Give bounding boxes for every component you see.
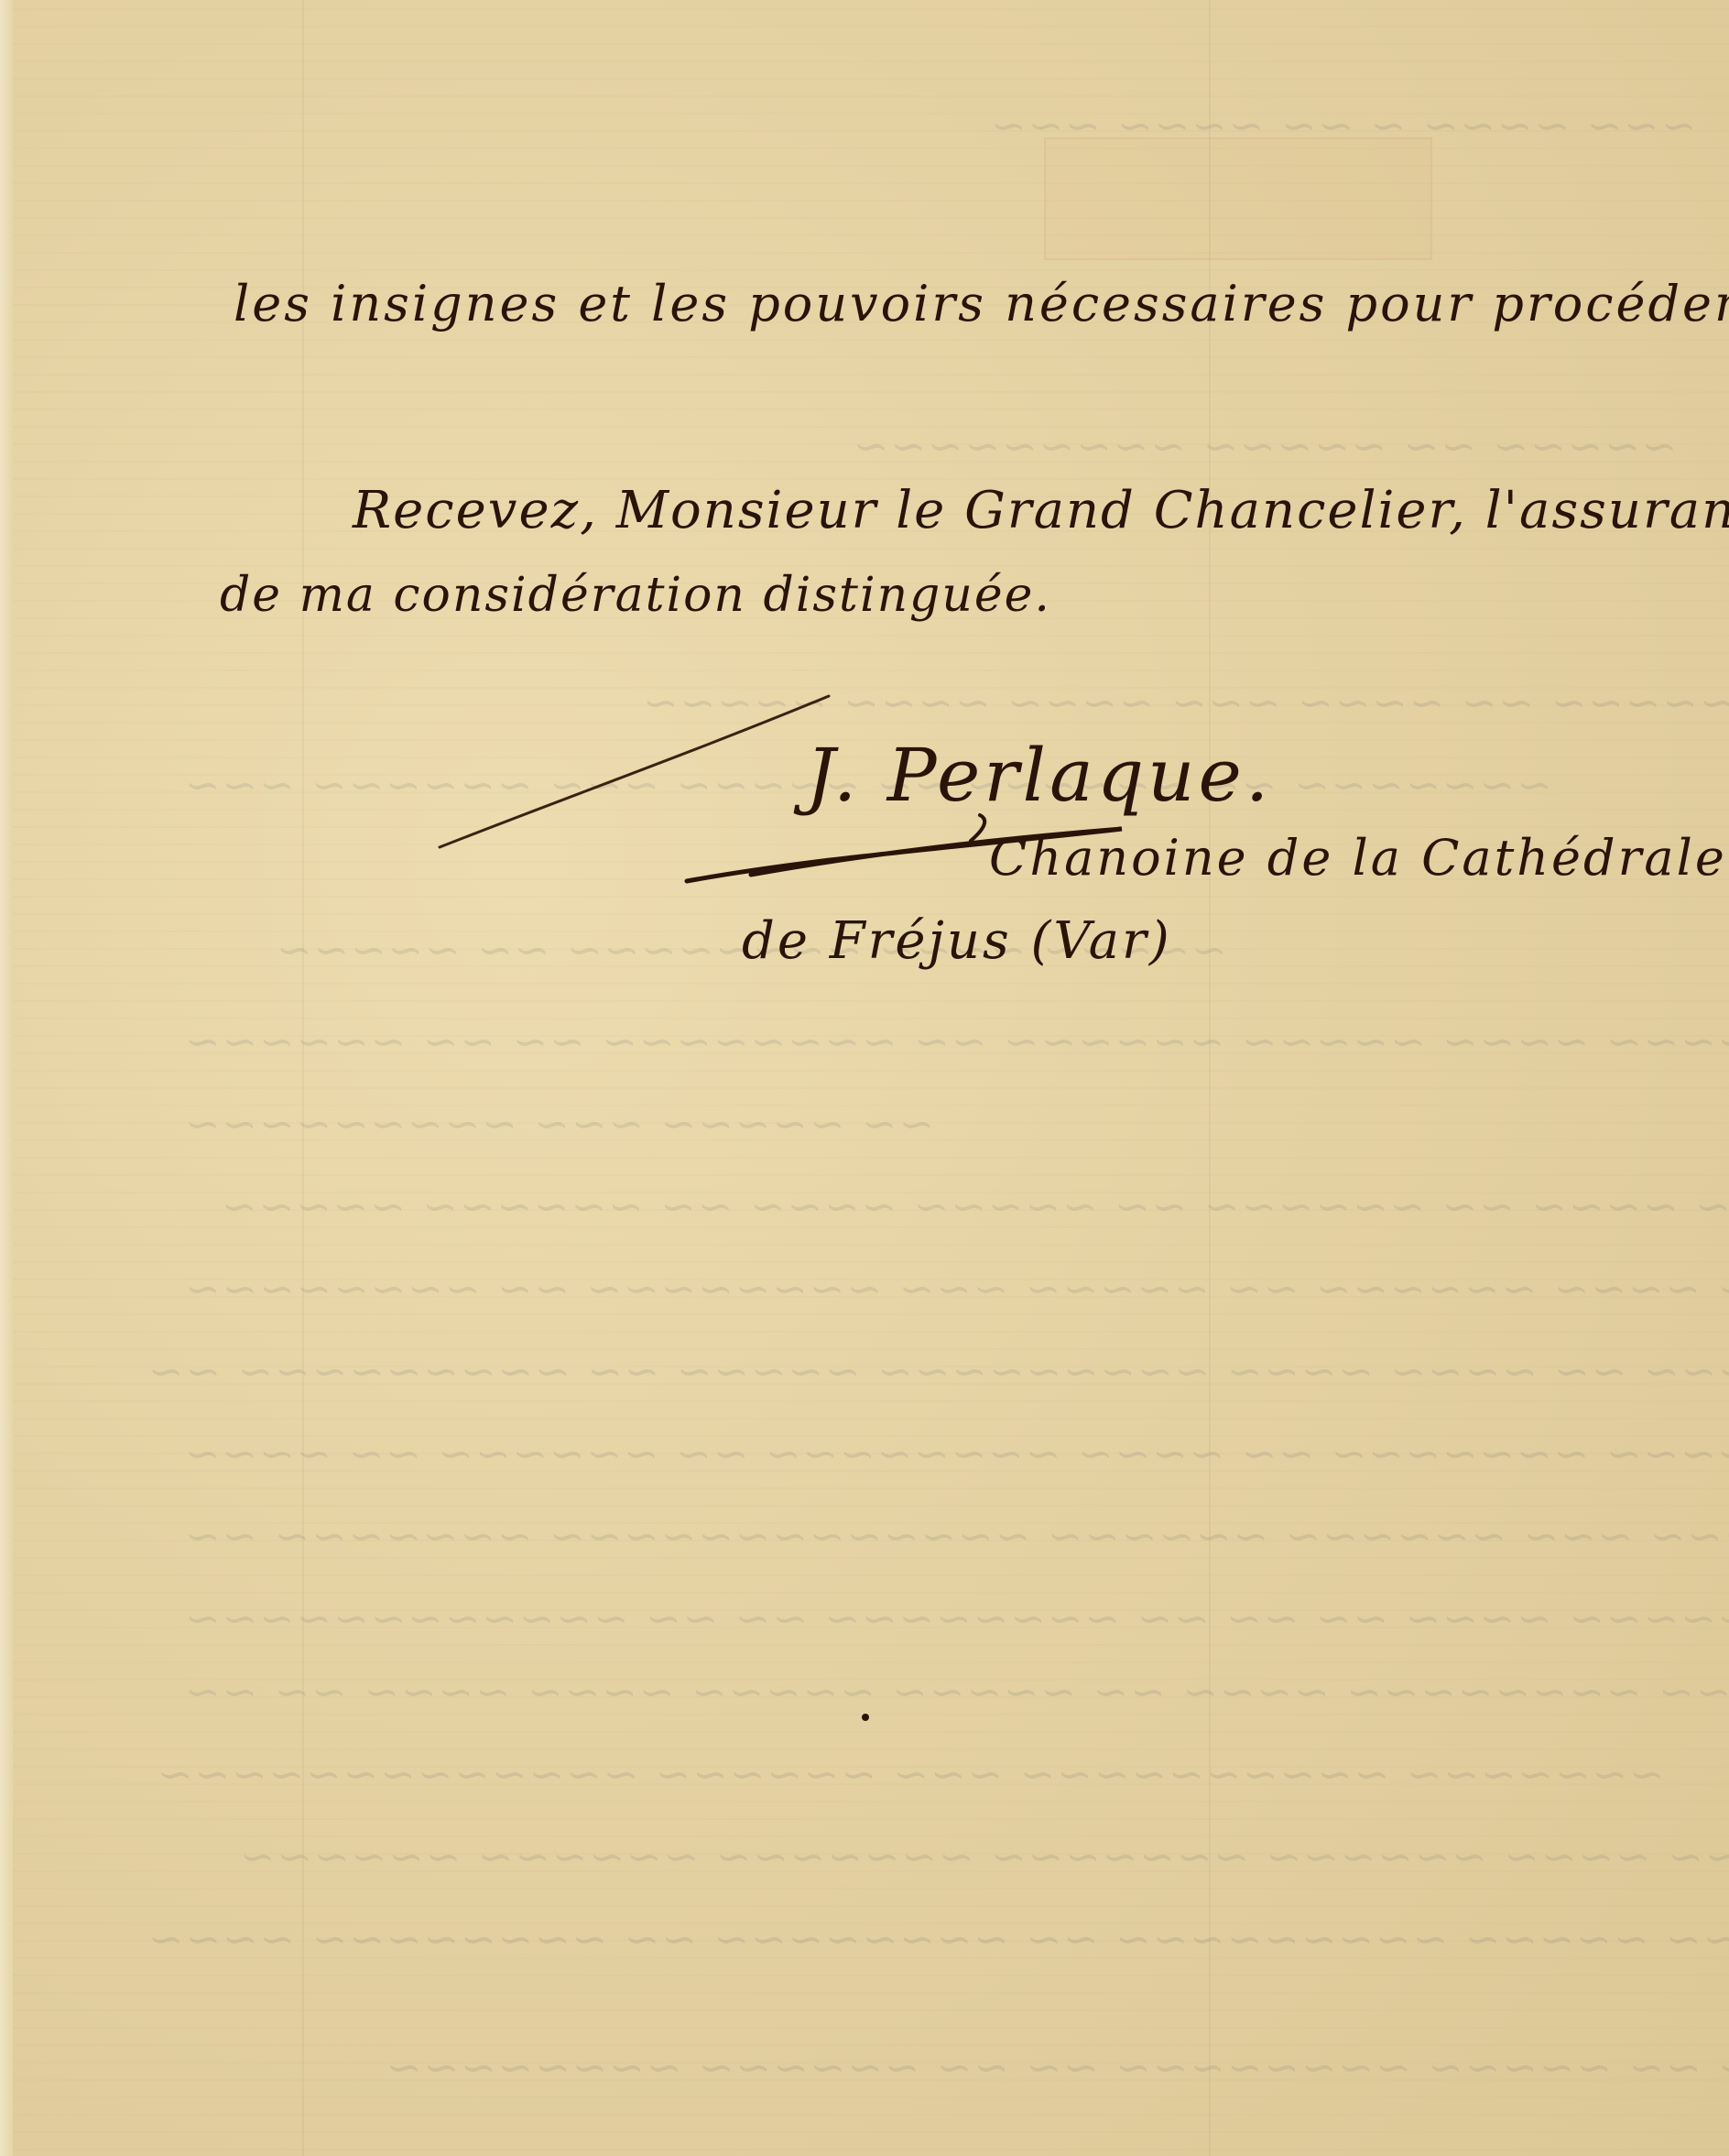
signer-title-line-1: Chanoine de la Cathédrale [989,829,1727,887]
bleed-through-text: ~~~~~~~ ~~~~~~~~~~ ~~~ ~~~~~~ ~~~~~~~~~~… [156,1749,1665,1799]
closing-line-1: Recevez, Monsieur le Grand Chancelier, l… [353,481,1729,540]
signer-title-line-2: de Fréjus (Var) [742,911,1172,971]
bleed-through-text: ~ ~~~~ ~~ ~~~~~~ ~~ ~~~~~ ~~~~ ~~ ~~~~~~… [220,1181,1729,1231]
bleed-through-text: ~~ ~~~~~ ~~~ ~~~~~~~~~ [183,1099,934,1149]
bleed-through-text: ~~~~ ~~~~ ~~~ ~~~~~~ ~~~~~~ ~~~~~~~~~~~~… [183,1511,1729,1561]
letter-page: ~~~ ~~~~ ~ ~~ ~~~~ ~~~ ~~~~~ ~~ ~~~~~ ~~… [0,0,1729,2156]
closing-line-2: de ma considération distinguée. [220,568,1051,623]
bleed-through-text: ~~~~~ ~~~~ ~~~~~ ~~~~~~ ~~ ~~~~~~~~ ~~ ~… [183,1017,1729,1066]
bleed-through-text: ~~~~~~ ~~ ~~~~~ ~~~~~~~~~ ~~ ~~~~~~~~ ~~… [147,1914,1729,1964]
paper-left-edge [0,0,13,2156]
bleed-through-text: ~~~~~~~~~ ~~~~~~~ ~~ ~~~~ ~~~~~~~~ ~~ ~~… [183,1429,1729,1478]
bleed-through-text: ~~ ~~ ~~~~~ ~~ ~~~~ ~~~~ ~~~~~~~~~ ~~~~~… [147,1346,1729,1396]
bleed-through-text: ~~~~~ ~~~~~ ~~~~ ~~ ~~ ~~ ~~~~~~~~ ~~ ~~… [183,1594,1729,1643]
signature: J. Perlaque. [806,733,1272,818]
bleed-through-text: ~~~~~ ~~ ~~~~~ ~~~~~~~~~ [852,421,1677,471]
faded-stamp [1044,137,1432,260]
bleed-through-text: ~~ ~~~~ ~~~~~~ ~~~~~~~ ~~~~~~~ ~~~~~~ ~~… [238,1832,1729,1881]
bleed-through-text: ~~ ~~~~~~ ~~~~ ~~~~~~ ~~ ~~~~~ ~~~ ~~~~~… [183,1264,1729,1313]
bleed-through-text: ~~~~ ~~ ~~~~~~~~ ~~~~ ~~ ~~~~~ ~~~~~ ~~~… [183,1667,1729,1716]
bleed-through-text: ~~~~~~~~ ~~ ~~~~~ ~~~~~~~~ ~~ ~~ ~~~~~~ … [385,2042,1729,2092]
bleed-through-text: ~~~~~~ ~~ ~~~~ ~~~ ~~~~ ~~~~ ~~~~~ [641,678,1729,727]
letter-body-line: les insignes et les pouvoirs nécessaires… [234,275,1729,332]
